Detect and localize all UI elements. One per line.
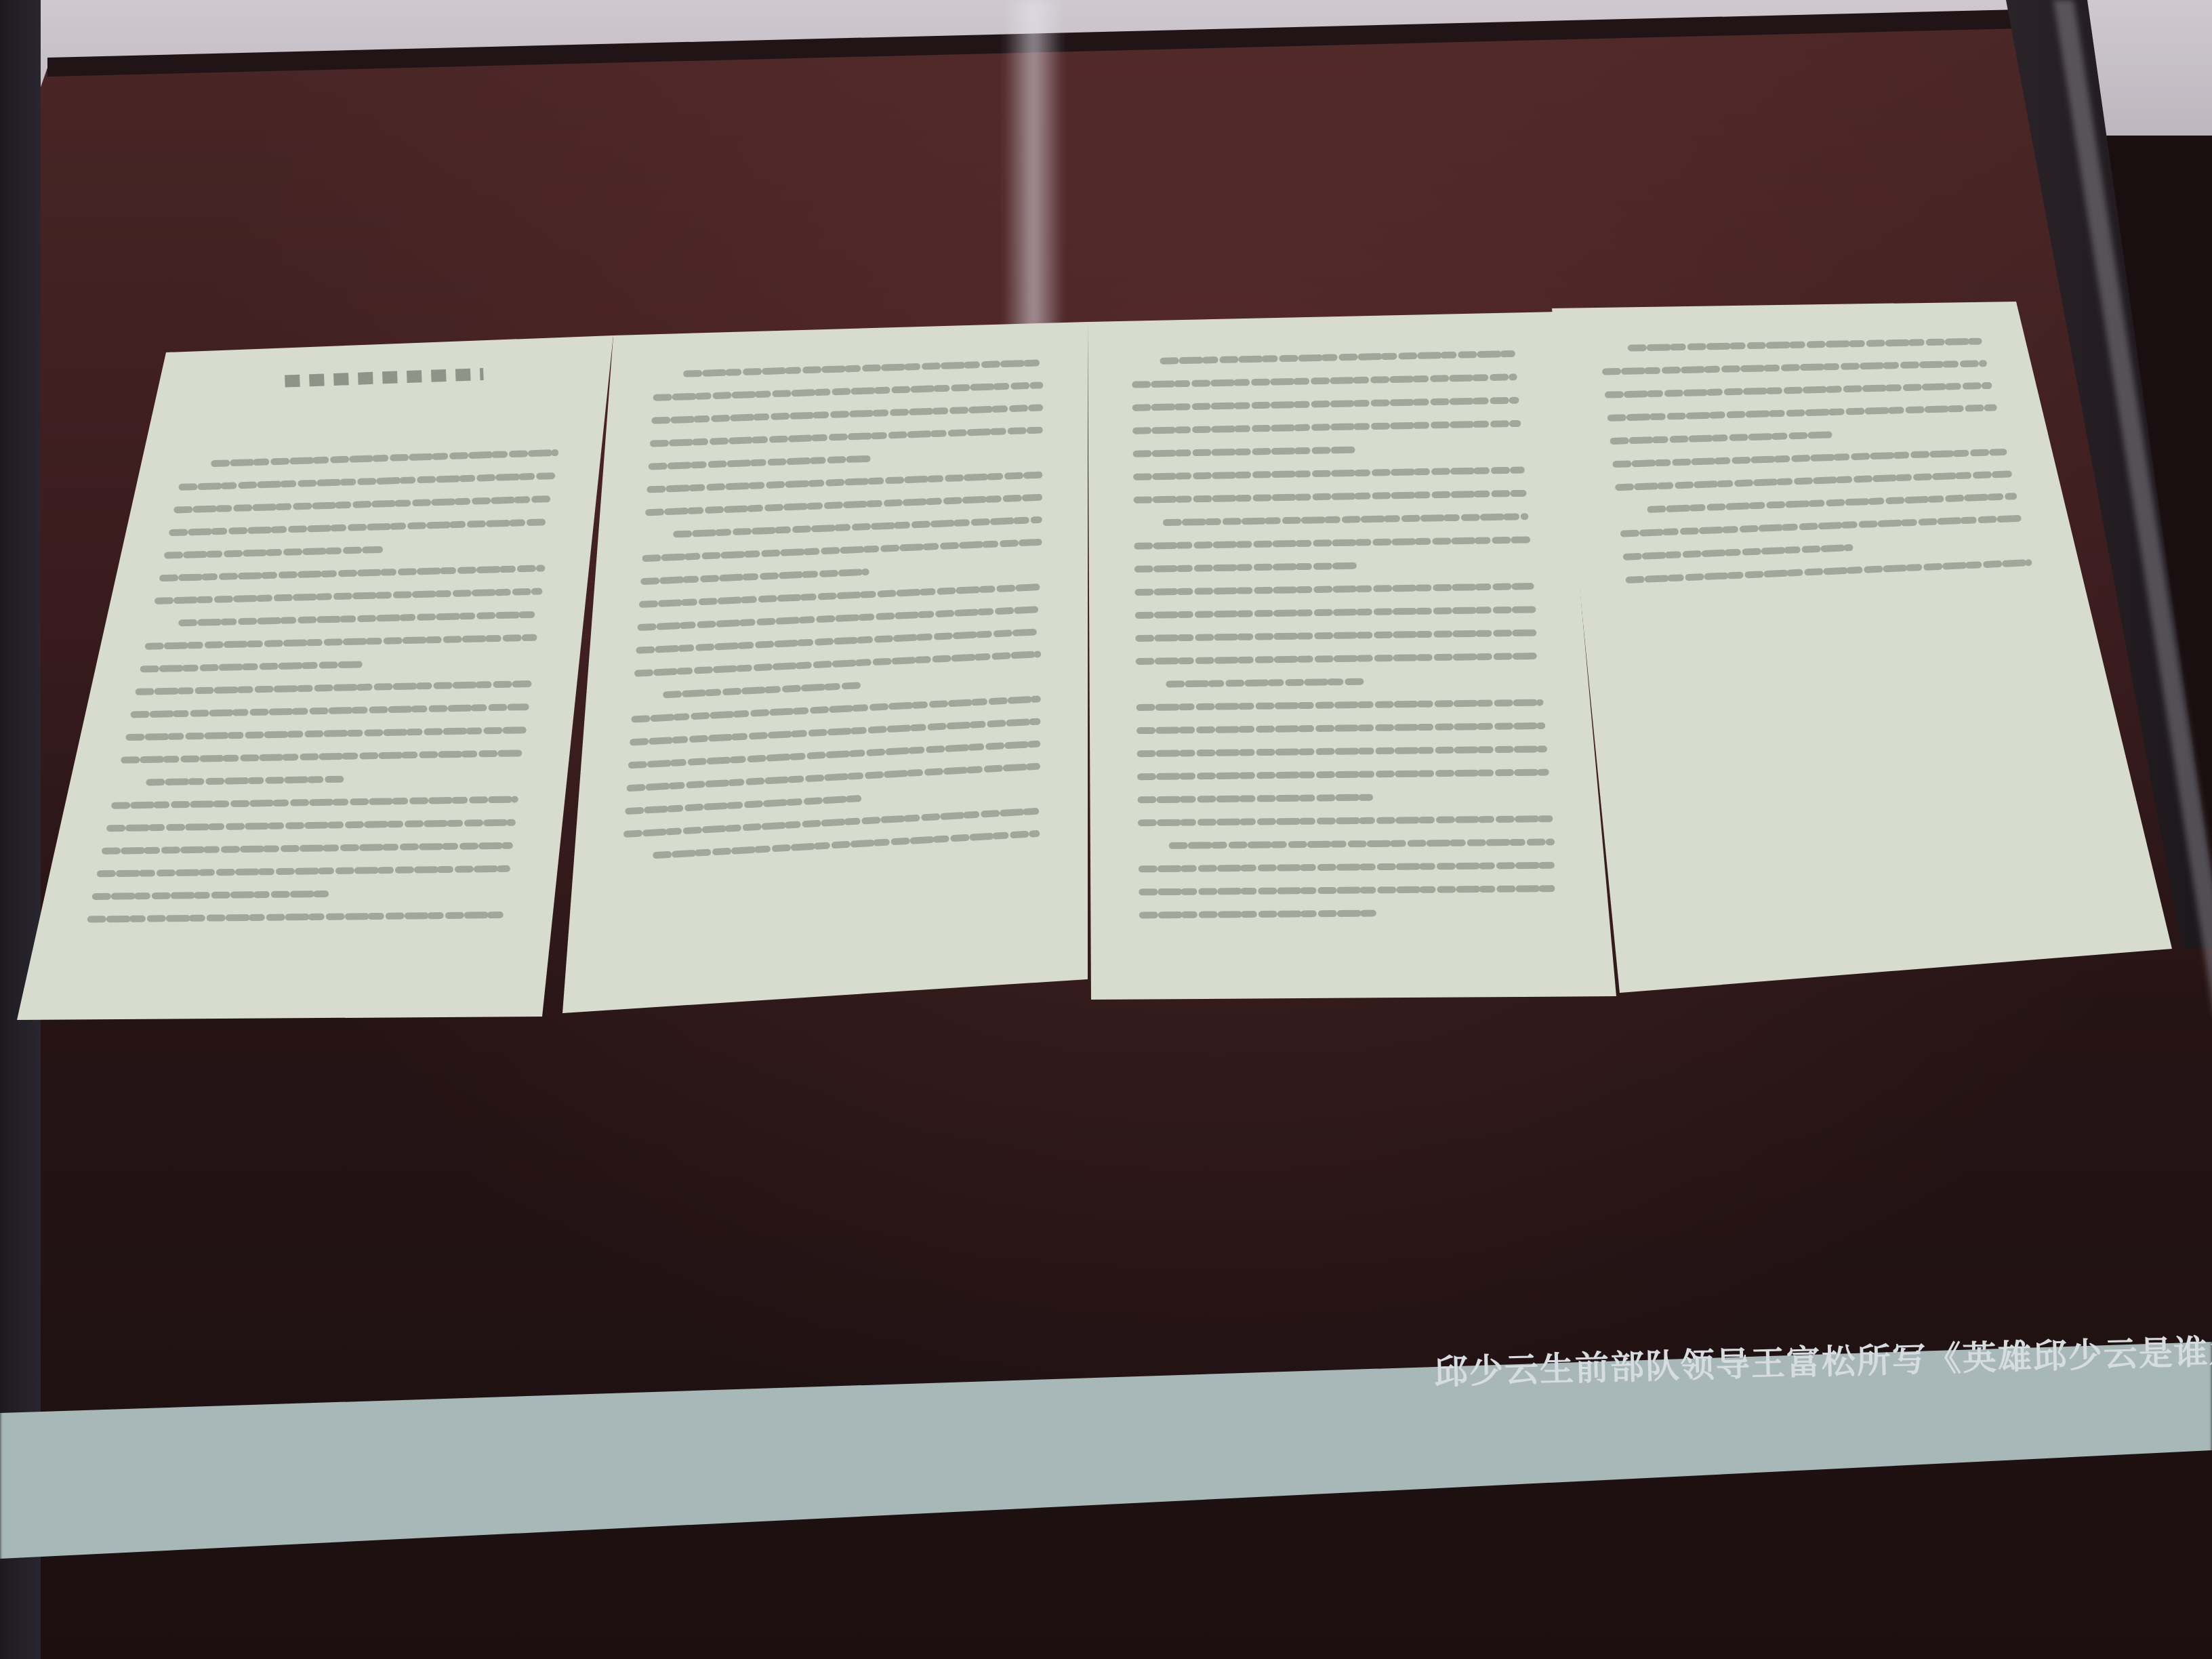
text-line bbox=[1141, 773, 1546, 777]
text-line bbox=[1141, 819, 1549, 823]
document-page-3 bbox=[1088, 312, 1616, 1000]
text-line bbox=[91, 915, 501, 919]
text-line bbox=[1169, 682, 1364, 684]
text-line bbox=[1142, 888, 1555, 892]
document-page-4 bbox=[1552, 302, 2172, 993]
text-line bbox=[149, 779, 343, 783]
text-line bbox=[1142, 865, 1553, 869]
document-page-2 bbox=[562, 322, 1088, 1013]
text-line bbox=[1143, 914, 1376, 916]
text-line bbox=[1138, 566, 1357, 569]
document-page-1 bbox=[17, 335, 613, 1020]
text-line bbox=[1141, 749, 1544, 754]
text-line bbox=[1136, 450, 1352, 454]
text-line bbox=[144, 664, 362, 669]
